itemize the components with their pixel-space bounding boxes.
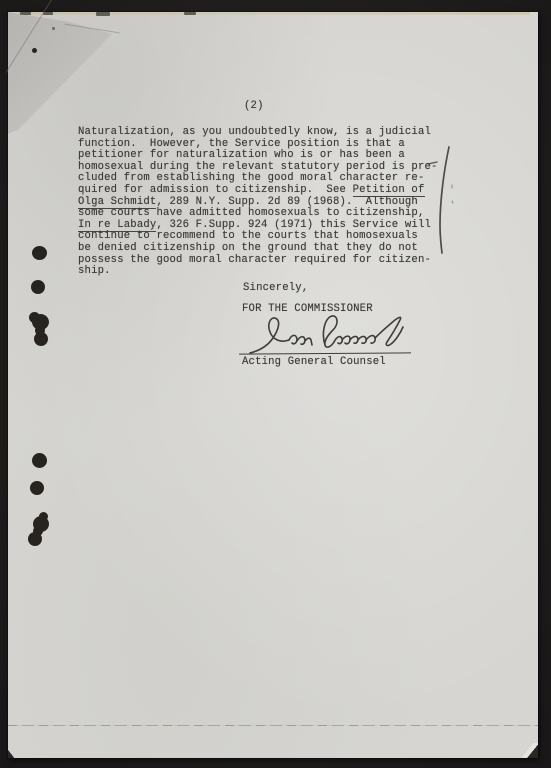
scanned-letter-page: (2) Naturalization, as you undoubtedly k…: [8, 12, 538, 758]
clipped-corner-bottom-left: [8, 749, 22, 758]
lifted-corner-bottom-right: [518, 743, 538, 758]
margin-pen-stroke: [8, 12, 538, 758]
pencil-line: [8, 725, 538, 726]
